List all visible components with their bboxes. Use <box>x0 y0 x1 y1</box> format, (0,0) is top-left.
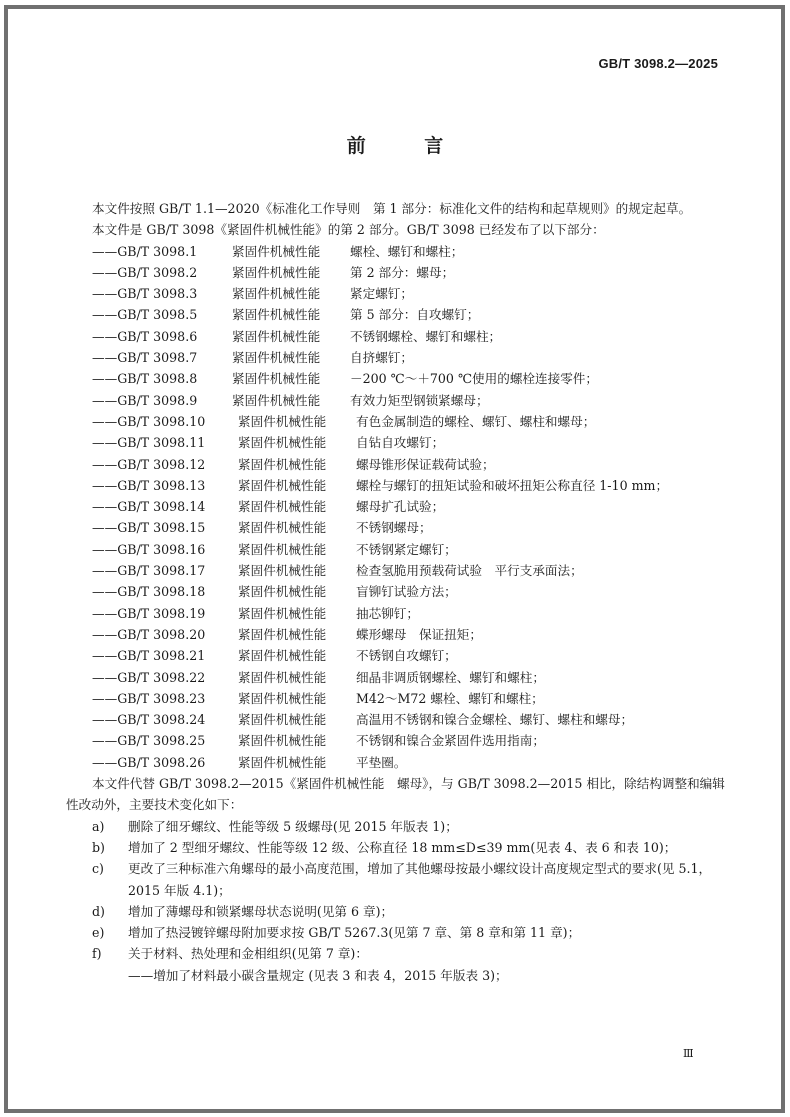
part-code: ——GB/T 3098.21 <box>92 645 238 666</box>
part-title: 蝶形螺母 保证扭矩； <box>356 624 482 645</box>
change-text: 关于材料、热处理和金相组织(见第 7 章)： <box>128 946 368 961</box>
part-title: 有效力矩型钢锁紧螺母； <box>350 390 489 411</box>
part-code: ——GB/T 3098.10 <box>92 411 238 432</box>
change-marker: d) <box>92 901 105 922</box>
part-code: ——GB/T 3098.16 <box>92 539 238 560</box>
parts-list: ——GB/T 3098.1紧固件机械性能螺栓、螺钉和螺柱； ——GB/T 309… <box>66 241 730 773</box>
list-item: ——GB/T 3098.5紧固件机械性能第 5 部分：自攻螺钉； <box>66 304 730 325</box>
part-code: ——GB/T 3098.19 <box>92 603 238 624</box>
list-item: ——GB/T 3098.8紧固件机械性能－200 ℃～＋700 ℃使用的螺栓连接… <box>66 368 730 389</box>
part-name: 紧固件机械性能 <box>238 475 356 496</box>
part-title: 高温用不锈钢和镍合金螺栓、螺钉、螺柱和螺母； <box>356 709 633 730</box>
part-code: ——GB/T 3098.5 <box>92 304 232 325</box>
list-item: ——GB/T 3098.18紧固件机械性能盲铆钉试验方法； <box>66 581 730 602</box>
part-code: ——GB/T 3098.8 <box>92 368 232 389</box>
list-item: ——GB/T 3098.14紧固件机械性能螺母扩孔试验； <box>66 496 730 517</box>
page-number: Ⅲ <box>683 1047 694 1060</box>
part-title: 螺母锥形保证载荷试验； <box>356 454 495 475</box>
part-code: ——GB/T 3098.2 <box>92 262 232 283</box>
part-code: ——GB/T 3098.26 <box>92 752 238 773</box>
change-item: f)关于材料、热处理和金相组织(见第 7 章)： <box>66 943 730 964</box>
list-item: ——GB/T 3098.2紧固件机械性能第 2 部分：螺母； <box>66 262 730 283</box>
part-code: ——GB/T 3098.25 <box>92 730 238 751</box>
change-text: 删除了细牙螺纹、性能等级 5 级螺母(见 2015 年版表 1)； <box>128 819 458 834</box>
list-item: ——GB/T 3098.19紧固件机械性能抽芯铆钉； <box>66 603 730 624</box>
change-sub-item: ——增加了材料最小碳含量规定 (见表 3 和表 4，2015 年版表 3)； <box>66 965 730 986</box>
part-code: ——GB/T 3098.6 <box>92 326 232 347</box>
list-item: ——GB/T 3098.7紧固件机械性能自挤螺钉； <box>66 347 730 368</box>
part-name: 紧固件机械性能 <box>238 624 356 645</box>
part-name: 紧固件机械性能 <box>238 517 356 538</box>
part-name: 紧固件机械性能 <box>232 347 350 368</box>
part-name: 紧固件机械性能 <box>238 603 356 624</box>
part-title: 不锈钢螺母； <box>356 517 432 538</box>
paragraph-series-intro: 本文件是 GB/T 3098《紧固件机械性能》的第 2 部分。GB/T 3098… <box>66 219 730 240</box>
document-body: 本文件按照 GB/T 1.1—2020《标准化工作导则 第 1 部分：标准化文件… <box>66 198 730 986</box>
part-title: 螺栓、螺钉和螺柱； <box>350 241 463 262</box>
change-marker: e) <box>92 922 104 943</box>
change-text: 增加了热浸镀锌螺母附加要求按 GB/T 5267.3(见第 7 章、第 8 章和… <box>128 925 580 940</box>
part-title: 第 5 部分：自攻螺钉； <box>350 304 479 325</box>
part-code: ——GB/T 3098.9 <box>92 390 232 411</box>
part-title: 不锈钢和镍合金紧固件选用指南； <box>356 730 545 751</box>
changes-list: a)删除了细牙螺纹、性能等级 5 级螺母(见 2015 年版表 1)； b)增加… <box>66 816 730 986</box>
change-text: 更改了三种标准六角螺母的最小高度范围，增加了其他螺母按最小螺纹设计高度规定型式的… <box>128 861 711 897</box>
part-title: M42～M72 螺栓、螺钉和螺柱； <box>356 688 544 709</box>
part-code: ——GB/T 3098.18 <box>92 581 238 602</box>
part-name: 紧固件机械性能 <box>238 752 356 773</box>
part-title: 不锈钢螺栓、螺钉和螺柱； <box>350 326 501 347</box>
list-item: ——GB/T 3098.11紧固件机械性能自钻自攻螺钉； <box>66 432 730 453</box>
part-title: 有色金属制造的螺栓、螺钉、螺柱和螺母； <box>356 411 595 432</box>
part-name: 紧固件机械性能 <box>238 539 356 560</box>
list-item: ——GB/T 3098.13紧固件机械性能螺栓与螺钉的扭矩试验和破坏扭矩公称直径… <box>66 475 730 496</box>
part-name: 紧固件机械性能 <box>232 241 350 262</box>
list-item: ——GB/T 3098.6紧固件机械性能不锈钢螺栓、螺钉和螺柱； <box>66 326 730 347</box>
list-item: ——GB/T 3098.9紧固件机械性能有效力矩型钢锁紧螺母； <box>66 390 730 411</box>
list-item: ——GB/T 3098.10紧固件机械性能有色金属制造的螺栓、螺钉、螺柱和螺母； <box>66 411 730 432</box>
part-code: ——GB/T 3098.12 <box>92 454 238 475</box>
list-item: ——GB/T 3098.22紧固件机械性能细晶非调质钢螺栓、螺钉和螺柱； <box>66 667 730 688</box>
part-name: 紧固件机械性能 <box>238 454 356 475</box>
part-name: 紧固件机械性能 <box>238 581 356 602</box>
part-name: 紧固件机械性能 <box>232 283 350 304</box>
change-item: c)更改了三种标准六角螺母的最小高度范围，增加了其他螺母按最小螺纹设计高度规定型… <box>66 858 730 901</box>
part-title: 自挤螺钉； <box>350 347 413 368</box>
part-title: 第 2 部分：螺母； <box>350 262 454 283</box>
part-code: ——GB/T 3098.13 <box>92 475 238 496</box>
part-code: ——GB/T 3098.15 <box>92 517 238 538</box>
part-code: ——GB/T 3098.22 <box>92 667 238 688</box>
part-name: 紧固件机械性能 <box>232 390 350 411</box>
change-text: 增加了薄螺母和锁紧螺母状态说明(见第 6 章)； <box>128 904 393 919</box>
standard-code: GB/T 3098.2—2025 <box>598 56 718 71</box>
change-item: d)增加了薄螺母和锁紧螺母状态说明(见第 6 章)； <box>66 901 730 922</box>
part-code: ——GB/T 3098.14 <box>92 496 238 517</box>
part-name: 紧固件机械性能 <box>238 667 356 688</box>
change-item: b)增加了 2 型细牙螺纹、性能等级 12 级、公称直径 18 mm≤D≤39 … <box>66 837 730 858</box>
change-text: 增加了 2 型细牙螺纹、性能等级 12 级、公称直径 18 mm≤D≤39 mm… <box>128 840 676 855</box>
list-item: ——GB/T 3098.16紧固件机械性能不锈钢紧定螺钉； <box>66 539 730 560</box>
part-name: 紧固件机械性能 <box>238 645 356 666</box>
part-title: －200 ℃～＋700 ℃使用的螺栓连接零件； <box>350 368 598 389</box>
list-item: ——GB/T 3098.20紧固件机械性能蝶形螺母 保证扭矩； <box>66 624 730 645</box>
part-title: 不锈钢自攻螺钉； <box>356 645 457 666</box>
part-code: ——GB/T 3098.23 <box>92 688 238 709</box>
part-name: 紧固件机械性能 <box>238 432 356 453</box>
list-item: ——GB/T 3098.25紧固件机械性能不锈钢和镍合金紧固件选用指南； <box>66 730 730 751</box>
part-code: ——GB/T 3098.20 <box>92 624 238 645</box>
change-marker: b) <box>92 837 105 858</box>
part-title: 检查氢脆用预载荷试验 平行支承面法； <box>356 560 583 581</box>
part-title: 自钻自攻螺钉； <box>356 432 444 453</box>
part-title: 平垫圈。 <box>356 752 406 773</box>
part-name: 紧固件机械性能 <box>232 326 350 347</box>
part-name: 紧固件机械性能 <box>238 496 356 517</box>
part-name: 紧固件机械性能 <box>238 411 356 432</box>
part-name: 紧固件机械性能 <box>232 262 350 283</box>
part-name: 紧固件机械性能 <box>232 304 350 325</box>
part-name: 紧固件机械性能 <box>238 730 356 751</box>
part-code: ——GB/T 3098.17 <box>92 560 238 581</box>
change-item: a)删除了细牙螺纹、性能等级 5 级螺母(见 2015 年版表 1)； <box>66 816 730 837</box>
list-item: ——GB/T 3098.26紧固件机械性能平垫圈。 <box>66 752 730 773</box>
list-item: ——GB/T 3098.23紧固件机械性能M42～M72 螺栓、螺钉和螺柱； <box>66 688 730 709</box>
part-title: 细晶非调质钢螺栓、螺钉和螺柱； <box>356 667 545 688</box>
change-item: e)增加了热浸镀锌螺母附加要求按 GB/T 5267.3(见第 7 章、第 8 … <box>66 922 730 943</box>
page-title: 前 言 <box>0 131 790 158</box>
part-name: 紧固件机械性能 <box>232 368 350 389</box>
part-title: 抽芯铆钉； <box>356 603 419 624</box>
part-title: 紧定螺钉； <box>350 283 413 304</box>
list-item: ——GB/T 3098.1紧固件机械性能螺栓、螺钉和螺柱； <box>66 241 730 262</box>
list-item: ——GB/T 3098.17紧固件机械性能检查氢脆用预载荷试验 平行支承面法； <box>66 560 730 581</box>
list-item: ——GB/T 3098.24紧固件机械性能高温用不锈钢和镍合金螺栓、螺钉、螺柱和… <box>66 709 730 730</box>
change-marker: c) <box>92 858 104 879</box>
list-item: ——GB/T 3098.15紧固件机械性能不锈钢螺母； <box>66 517 730 538</box>
list-item: ——GB/T 3098.3紧固件机械性能紧定螺钉； <box>66 283 730 304</box>
part-name: 紧固件机械性能 <box>238 560 356 581</box>
change-marker: a) <box>92 816 104 837</box>
change-marker: f) <box>92 943 102 964</box>
part-title: 盲铆钉试验方法； <box>356 581 457 602</box>
part-title: 不锈钢紧定螺钉； <box>356 539 457 560</box>
list-item: ——GB/T 3098.21紧固件机械性能不锈钢自攻螺钉； <box>66 645 730 666</box>
part-code: ——GB/T 3098.3 <box>92 283 232 304</box>
part-name: 紧固件机械性能 <box>238 688 356 709</box>
paragraph-drafting-basis: 本文件按照 GB/T 1.1—2020《标准化工作导则 第 1 部分：标准化文件… <box>66 198 730 219</box>
list-item: ——GB/T 3098.12紧固件机械性能螺母锥形保证载荷试验； <box>66 454 730 475</box>
part-code: ——GB/T 3098.24 <box>92 709 238 730</box>
paragraph-replacement: 本文件代替 GB/T 3098.2—2015《紧固件机械性能 螺母》，与 GB/… <box>66 773 730 816</box>
part-name: 紧固件机械性能 <box>238 709 356 730</box>
part-code: ——GB/T 3098.7 <box>92 347 232 368</box>
part-code: ——GB/T 3098.1 <box>92 241 232 262</box>
part-title: 螺母扩孔试验； <box>356 496 444 517</box>
part-title: 螺栓与螺钉的扭矩试验和破坏扭矩公称直径 1-10 mm； <box>356 475 668 496</box>
part-code: ——GB/T 3098.11 <box>92 432 238 453</box>
